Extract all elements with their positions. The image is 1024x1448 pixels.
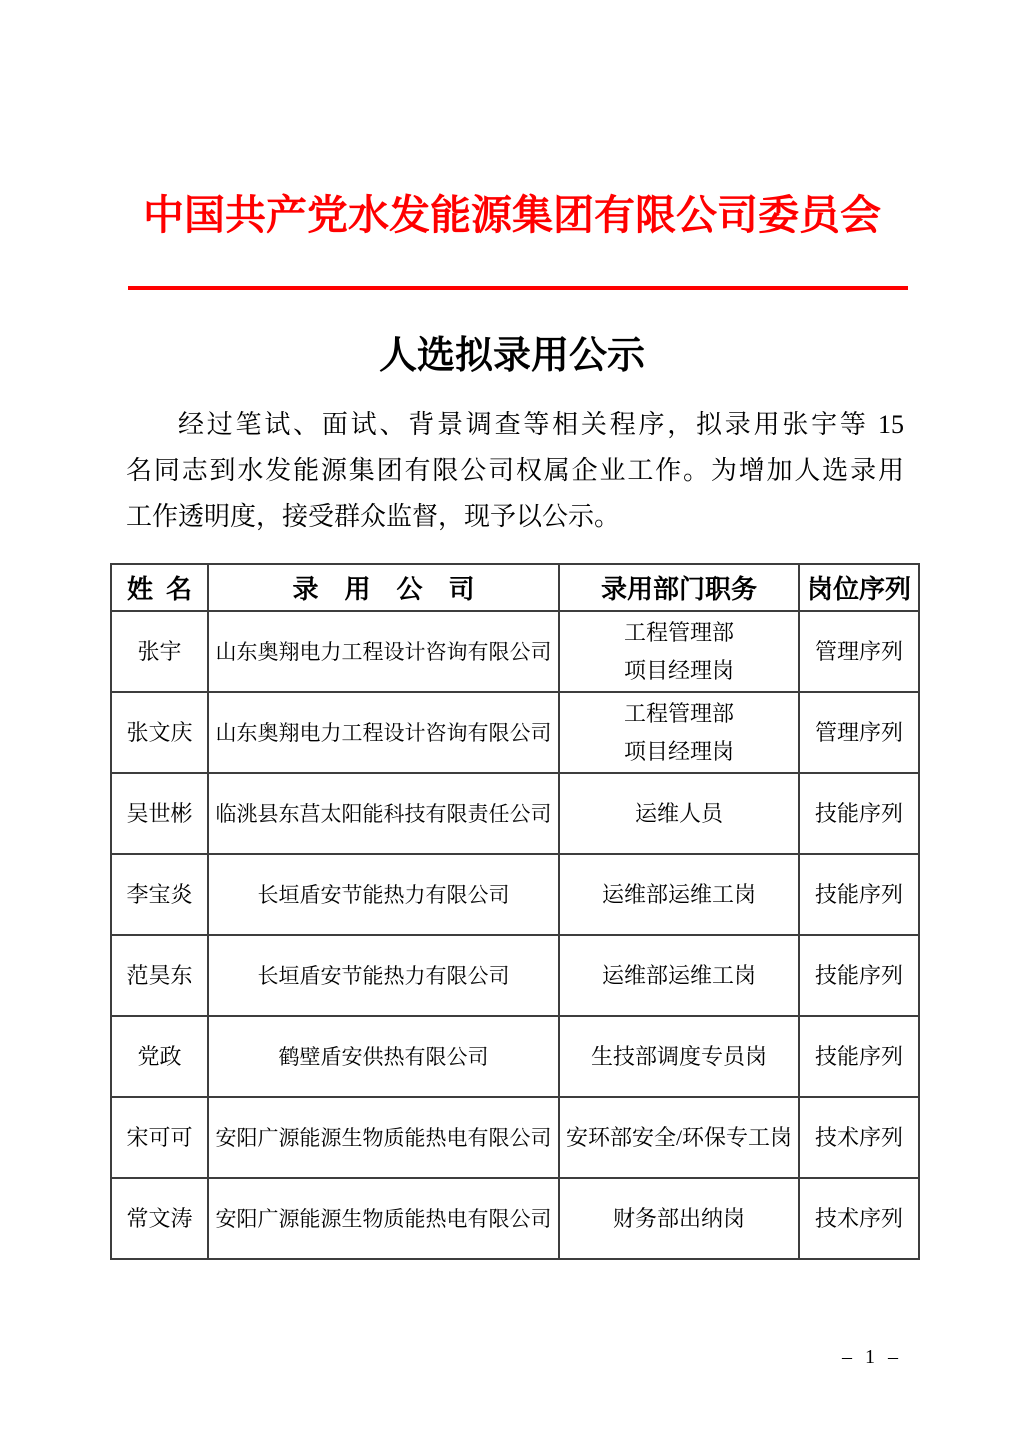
cell-text-line: 技能序列 [800,1038,918,1076]
cell-text-line: 技能序列 [800,876,918,914]
body-line: 名同志到水发能源集团有限公司权属企业工作。为增加人选录用 [126,448,904,494]
cell-text-line: 工程管理部 [560,695,798,733]
body-paragraph: 经过笔试、面试、背景调查等相关程序，拟录用张宇等 15名同志到水发能源集团有限公… [126,402,904,540]
position-series-cell: 管理序列 [799,692,919,773]
cell-text-line: 长垣盾安节能热力有限公司 [209,957,558,995]
position-series-cell: 技能序列 [799,935,919,1016]
table-row: 吴世彬临洮县东莒太阳能科技有限责任公司运维人员技能序列 [111,773,919,854]
org-title: 中国共产党水发能源集团有限公司委员会 [112,190,912,240]
hiring-company-cell: 鹤壁盾安供热有限公司 [208,1016,559,1097]
cell-text-line: 技术序列 [800,1200,918,1238]
page-number: – 1 – [842,1346,901,1369]
position-series-cell: 技能序列 [799,854,919,935]
cell-text-line: 李宝炎 [112,876,207,914]
candidates-table: 姓 名录 用 公 司录用部门职务岗位序列 张宇山东奥翔电力工程设计咨询有限公司工… [110,563,920,1260]
hiring-company-cell: 长垣盾安节能热力有限公司 [208,935,559,1016]
hiring-company-cell: 临洮县东莒太阳能科技有限责任公司 [208,773,559,854]
cell-text-line: 项目经理岗 [560,652,798,690]
position-series-cell: 技能序列 [799,1016,919,1097]
candidate-name-cell: 常文涛 [111,1178,208,1259]
cell-text-line: 张文庆 [112,714,207,752]
cell-text-line: 安环部安全/环保专工岗 [560,1119,798,1157]
department-position-cell: 运维人员 [559,773,799,854]
cell-text-line: 鹤壁盾安供热有限公司 [209,1038,558,1076]
department-position-cell: 工程管理部项目经理岗 [559,692,799,773]
cell-text-line: 吴世彬 [112,795,207,833]
cell-text-line: 管理序列 [800,633,918,671]
table-row: 党政鹤壁盾安供热有限公司生技部调度专员岗技能序列 [111,1016,919,1097]
candidate-name-cell: 张文庆 [111,692,208,773]
cell-text-line: 工程管理部 [560,614,798,652]
table-row: 范昊东长垣盾安节能热力有限公司运维部运维工岗技能序列 [111,935,919,1016]
cell-text-line: 范昊东 [112,957,207,995]
cell-text-line: 山东奥翔电力工程设计咨询有限公司 [209,714,558,752]
position-series-cell: 技术序列 [799,1178,919,1259]
cell-text-line: 长垣盾安节能热力有限公司 [209,876,558,914]
hiring-company-cell: 山东奥翔电力工程设计咨询有限公司 [208,611,559,692]
department-position-cell: 安环部安全/环保专工岗 [559,1097,799,1178]
hiring-company-cell: 长垣盾安节能热力有限公司 [208,854,559,935]
cell-text-line: 生技部调度专员岗 [560,1038,798,1076]
body-line: 经过笔试、面试、背景调查等相关程序，拟录用张宇等 15 [126,402,904,448]
column-header-name: 姓 名 [111,564,208,611]
hiring-company-cell: 安阳广源能源生物质能热电有限公司 [208,1097,559,1178]
cell-text-line: 宋可可 [112,1119,207,1157]
cell-text-line: 技术序列 [800,1119,918,1157]
cell-text-line: 技能序列 [800,795,918,833]
body-line: 工作透明度，接受群众监督，现予以公示。 [126,494,904,540]
position-series-cell: 技能序列 [799,773,919,854]
cell-text-line: 技能序列 [800,957,918,995]
position-series-cell: 管理序列 [799,611,919,692]
cell-text-line: 管理序列 [800,714,918,752]
table-row: 张文庆山东奥翔电力工程设计咨询有限公司工程管理部项目经理岗管理序列 [111,692,919,773]
table-header-row: 姓 名录 用 公 司录用部门职务岗位序列 [111,564,919,611]
candidate-name-cell: 范昊东 [111,935,208,1016]
table-row: 宋可可安阳广源能源生物质能热电有限公司安环部安全/环保专工岗技术序列 [111,1097,919,1178]
table-row: 张宇山东奥翔电力工程设计咨询有限公司工程管理部项目经理岗管理序列 [111,611,919,692]
cell-text-line: 运维部运维工岗 [560,957,798,995]
header-rule [128,286,908,290]
cell-text-line: 山东奥翔电力工程设计咨询有限公司 [209,633,558,671]
table-body: 张宇山东奥翔电力工程设计咨询有限公司工程管理部项目经理岗管理序列张文庆山东奥翔电… [111,611,919,1259]
column-header-series: 岗位序列 [799,564,919,611]
department-position-cell: 工程管理部项目经理岗 [559,611,799,692]
department-position-cell: 财务部出纳岗 [559,1178,799,1259]
cell-text-line: 常文涛 [112,1200,207,1238]
candidate-name-cell: 宋可可 [111,1097,208,1178]
department-position-cell: 运维部运维工岗 [559,854,799,935]
hiring-company-cell: 安阳广源能源生物质能热电有限公司 [208,1178,559,1259]
candidate-name-cell: 党政 [111,1016,208,1097]
department-position-cell: 生技部调度专员岗 [559,1016,799,1097]
doc-title: 人选拟录用公示 [112,334,912,378]
cell-text-line: 临洮县东莒太阳能科技有限责任公司 [209,795,558,833]
document-page: 中国共产党水发能源集团有限公司委员会 人选拟录用公示 经过笔试、面试、背景调查等… [0,0,1024,1448]
position-series-cell: 技术序列 [799,1097,919,1178]
cell-text-line: 项目经理岗 [560,733,798,771]
cell-text-line: 财务部出纳岗 [560,1200,798,1238]
candidate-name-cell: 吴世彬 [111,773,208,854]
candidate-name-cell: 张宇 [111,611,208,692]
table-row: 李宝炎长垣盾安节能热力有限公司运维部运维工岗技能序列 [111,854,919,935]
column-header-company: 录 用 公 司 [208,564,559,611]
table-row: 常文涛安阳广源能源生物质能热电有限公司财务部出纳岗技术序列 [111,1178,919,1259]
department-position-cell: 运维部运维工岗 [559,935,799,1016]
hiring-company-cell: 山东奥翔电力工程设计咨询有限公司 [208,692,559,773]
cell-text-line: 党政 [112,1038,207,1076]
cell-text-line: 张宇 [112,633,207,671]
cell-text-line: 运维部运维工岗 [560,876,798,914]
column-header-position: 录用部门职务 [559,564,799,611]
candidate-name-cell: 李宝炎 [111,854,208,935]
cell-text-line: 运维人员 [560,795,798,833]
cell-text-line: 安阳广源能源生物质能热电有限公司 [209,1119,558,1157]
cell-text-line: 安阳广源能源生物质能热电有限公司 [209,1200,558,1238]
